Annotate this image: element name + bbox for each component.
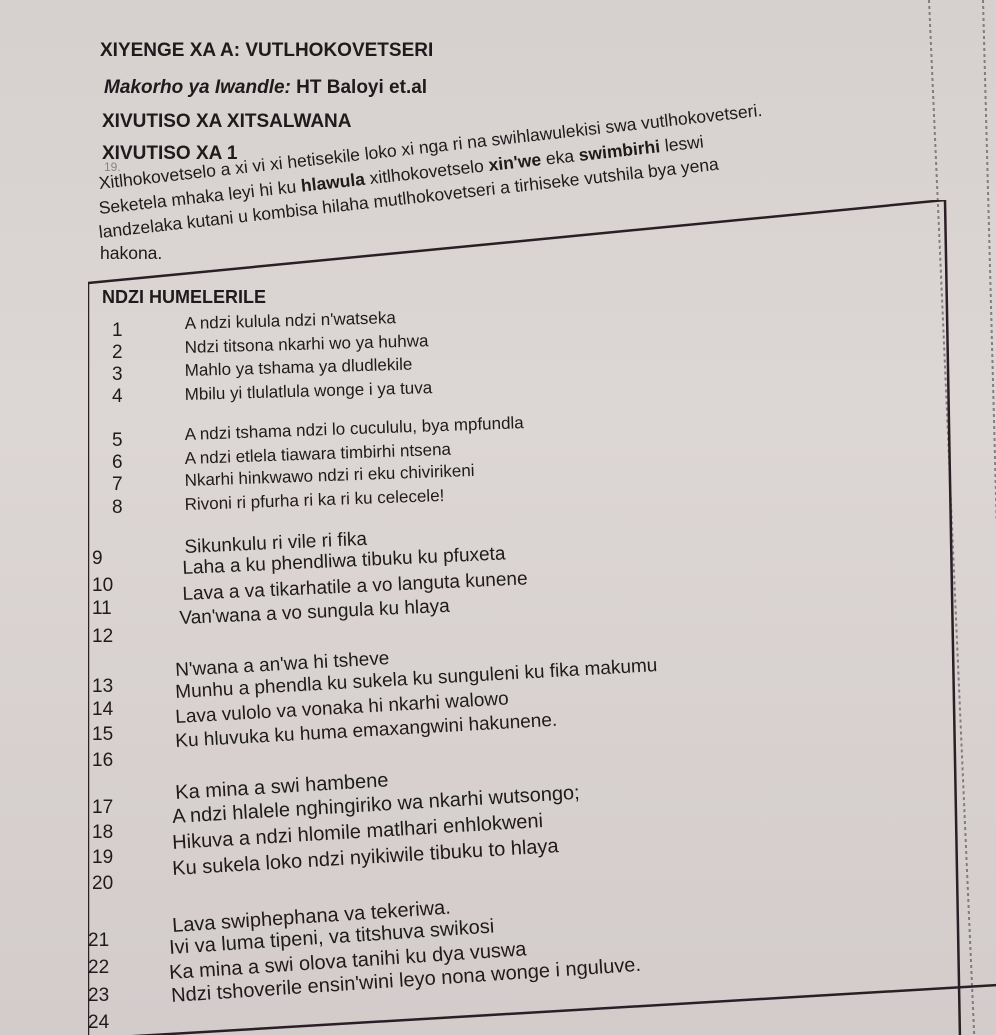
- emphasis-word: xin'we: [487, 149, 542, 175]
- poem-line-number: 18: [92, 822, 113, 844]
- poem-line-number: 10: [92, 575, 113, 597]
- poem-line-number: 21: [88, 930, 109, 952]
- poem-line-number: 12: [92, 626, 113, 648]
- poem-line-number: 1: [112, 320, 123, 342]
- poem-line-number: 22: [88, 957, 109, 979]
- poem-line-number: 19: [92, 847, 113, 869]
- section-title: XIYENGE XA A: VUTLHOKOVETSERI: [100, 40, 433, 62]
- emphasis-word: hlawula: [300, 169, 366, 196]
- question-type: XIVUTISO XA XITSALWANA: [102, 111, 352, 133]
- source-citation: Makorho ya Iwandle: HT Baloyi et.al: [104, 77, 427, 99]
- poem-line-number: 2: [112, 342, 123, 364]
- poem-line-number: 24: [88, 1012, 109, 1034]
- poem-line-number: 13: [92, 676, 113, 698]
- poem-line-number: 17: [92, 797, 113, 819]
- poem-line-number: 11: [92, 598, 112, 620]
- source-label: Makorho ya Iwandle:: [104, 77, 291, 98]
- poem-line-number: 8: [112, 497, 123, 519]
- poem-line-number: 20: [92, 873, 113, 895]
- document-page: XIYENGE XA A: VUTLHOKOVETSERI Makorho ya…: [0, 0, 996, 1035]
- poem-line-number: 14: [92, 699, 113, 721]
- poem-line-number: 7: [112, 474, 123, 496]
- poem-line-number: 15: [92, 724, 113, 746]
- poem-line-number: 5: [112, 430, 123, 452]
- source-authors: HT Baloyi et.al: [296, 77, 427, 98]
- poem-line-number: 16: [92, 750, 113, 772]
- poem-line-number: 3: [112, 364, 123, 386]
- poem-line-number: 9: [92, 548, 103, 570]
- poem-title: NDZI HUMELERILE: [102, 287, 266, 308]
- poem-line-number: 6: [112, 452, 123, 474]
- poem-line-number: 4: [112, 386, 123, 408]
- poem-line-number: 23: [88, 985, 109, 1007]
